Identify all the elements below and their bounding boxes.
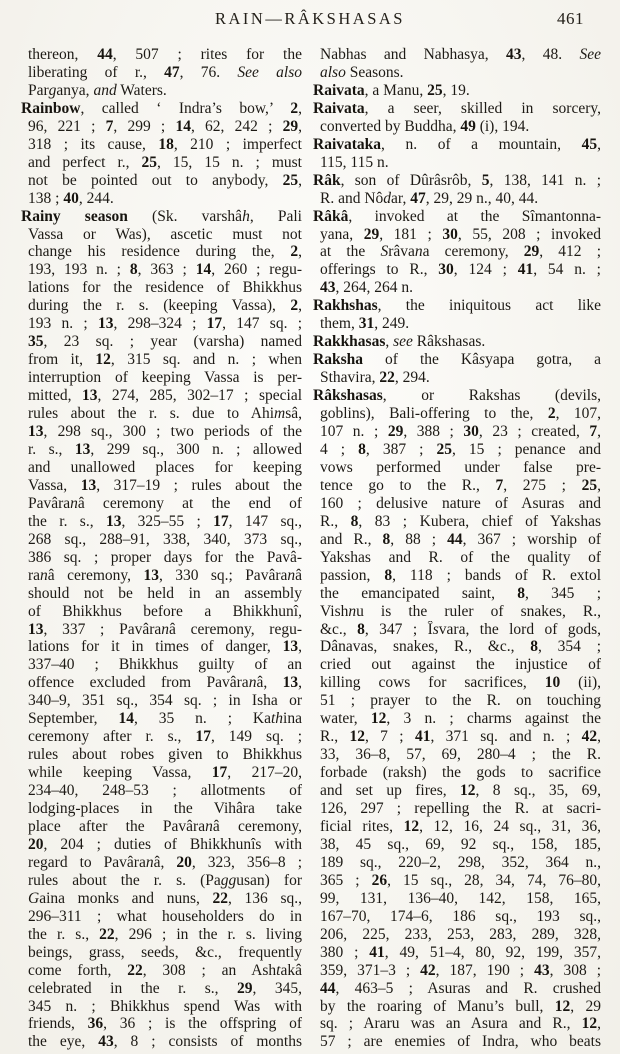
text-line: 138 ; 40, 244. <box>28 190 302 208</box>
text-line: 33, 36–8, 57, 69, 280–4 ; the R. <box>320 746 601 764</box>
text-line: 380 ; 41, 49, 51–4, 80, 92, 199, 357, <box>320 944 601 962</box>
text-line: Raivata, a Manu, 25, 19. <box>313 82 601 100</box>
text-line: the r. s., 22, 296 ; in the r. s. living <box>28 926 302 944</box>
text-line: 234–40, 248–53 ; allotments of <box>28 782 302 800</box>
text-line: Yakshas and R. of the quality of <box>320 549 601 567</box>
index-entry: Rakhshas, the iniquitous act likethem, 3… <box>313 297 601 333</box>
text-line: mitted, 13, 274, 285, 302–17 ; special <box>28 387 302 405</box>
text-line: the r. s., 13, 325–55 ; 17, 147 sq., <box>28 513 302 531</box>
text-line: and unallowed places for keeping <box>28 459 302 477</box>
text-line: 193, 193 n. ; 8, 363 ; 14, 260 ; regu- <box>28 261 302 279</box>
text-line: 193 n. ; 13, 298–324 ; 17, 147 sq. ; <box>28 315 302 333</box>
text-line: 365 ; 26, 15 sq., 28, 34, 74, 76–80, <box>320 872 601 890</box>
index-entry: Râk, son of Dûrâsrôb, 5, 138, 141 n. ;R.… <box>313 172 601 208</box>
text-line: 13, 337 ; Pavâranâ ceremony, regu- <box>28 621 302 639</box>
text-line: Raivata, a seer, skilled in sorcery, <box>313 100 601 118</box>
text-line: Raksha of the Kâsyapa gotra, a <box>313 351 601 369</box>
text-line: friends, 36, 36 ; is the offspring of <box>28 1015 302 1033</box>
text-line: 115, 115 n. <box>320 154 601 172</box>
text-line: Pavâranâ ceremony at the end of <box>28 495 302 513</box>
text-line: September, 14, 35 n. ; Kathina <box>28 710 302 728</box>
text-line: 386 sq. ; proper days for the Pavâ- <box>28 549 302 567</box>
text-line: beings, grass, seeds, &c., frequently <box>28 944 302 962</box>
book-page: RAIN—RÂKSHASAS 461 thereon, 44, 507 ; ri… <box>0 0 620 1054</box>
text-line: 99, 131, 136–40, 142, 158, 165, <box>320 890 601 908</box>
text-line: celebrated in the r. s., 29, 345, <box>28 980 302 998</box>
text-line: also Seasons. <box>320 64 601 82</box>
text-line: liberating of r., 47, 76. See also <box>28 64 302 82</box>
text-line: of Bhikkhus before a Bhikkhunî, <box>28 603 302 621</box>
text-line: 20, 204 ; duties of Bhikkhunîs with <box>28 836 302 854</box>
text-line: place after the Pavâranâ ceremony, <box>28 818 302 836</box>
text-line: lations for it in times of danger, 13, <box>28 638 302 656</box>
text-line: 38, 45 sq., 69, 92 sq., 158, 185, <box>320 836 601 854</box>
text-line: the eye, 43, 8 ; consists of months <box>28 1033 302 1051</box>
index-entry: Râkâ, invoked at the Sîmantonna-yana, 29… <box>313 208 601 298</box>
text-line: 4 ; 8, 387 ; 25, 15 ; penance and <box>320 441 601 459</box>
text-line: by the roaring of Manu’s bull, 12, 29 <box>320 998 601 1016</box>
text-line: 107 n. ; 29, 388 ; 30, 23 ; created, 7, <box>320 423 601 441</box>
text-column: thereon, 44, 507 ; rites for theliberati… <box>21 46 302 1054</box>
text-line: killing cows for sacrifices, 10 (ii), <box>320 674 601 692</box>
text-line: 126, 297 ; repelling the R. at sacri- <box>320 800 601 818</box>
index-entry: Rainbow, called ‘ Indra’s bow,’ 2,96, 22… <box>21 100 302 208</box>
text-line: from it, 12, 315 sq. and n. ; when <box>28 351 302 369</box>
text-line: thereon, 44, 507 ; rites for the <box>28 46 302 64</box>
text-line: 160 ; delusive nature of Asuras and <box>320 495 601 513</box>
index-entry: Raksha of the Kâsyapa gotra, aSthavira, … <box>313 351 601 387</box>
text-line: Parganya, and Waters. <box>28 82 302 100</box>
text-line: 359, 371–3 ; 42, 187, 190 ; 43, 308 ; <box>320 962 601 980</box>
text-line: Vassa, 13, 317–19 ; rules about the <box>28 477 302 495</box>
text-line: Vishnu is the ruler of snakes, R., <box>320 603 601 621</box>
text-line: the emancipated saint, 8, 345 ; <box>320 585 601 603</box>
index-entry: Raivata, a Manu, 25, 19. <box>313 82 601 100</box>
text-line: 57 ; are enemies of Indra, who beats <box>320 1033 601 1051</box>
text-line: Raivataka, n. of a mountain, 45, <box>313 136 601 154</box>
text-line: yana, 29, 181 ; 30, 55, 208 ; invoked <box>320 226 601 244</box>
text-line: Dânavas, snakes, R., &c., 8, 354 ; <box>320 638 601 656</box>
text-line: 43, 264, 264 n. <box>320 279 601 297</box>
text-line: during the r. s. (keeping Vassa), 2, <box>28 297 302 315</box>
text-line: Gaina monks and nuns, 22, 136 sq., <box>28 890 302 908</box>
text-line: 296–311 ; what householders do in <box>28 908 302 926</box>
text-line: should not be held in an assembly <box>28 585 302 603</box>
text-line: and set up fires, 12, 8 sq., 35, 69, <box>320 782 601 800</box>
text-line: tence go to the R., 7, 275 ; 25, <box>320 477 601 495</box>
index-entry: Nabhas and Nabhasya, 43, 48. Seealso Sea… <box>313 46 601 82</box>
text-line: Râk, son of Dûrâsrôb, 5, 138, 141 n. ; <box>313 172 601 190</box>
text-line: Vassa or Was), ascetic must not <box>28 226 302 244</box>
text-line: Rainbow, called ‘ Indra’s bow,’ 2, <box>21 100 302 118</box>
text-line: Nabhas and Nabhasya, 43, 48. See <box>320 46 601 64</box>
text-column: Nabhas and Nabhasya, 43, 48. Seealso Sea… <box>313 46 601 1054</box>
text-line: 51 ; prayer to the R. on touching <box>320 692 601 710</box>
text-line: rules about the r. s. due to Ahimsâ, <box>28 405 302 423</box>
index-entry: Râkshasas, or Rakshas (devils,goblins), … <box>313 387 601 1051</box>
text-line: change his residence during the, 2, <box>28 243 302 261</box>
text-line: 189 sq., 220–2, 298, 352, 364 n., <box>320 854 601 872</box>
text-line: offence excluded from Pavâranâ, 13, <box>28 674 302 692</box>
text-line: interruption of keeping Vassa is per- <box>28 369 302 387</box>
text-line: converted by Buddha, 49 (i), 194. <box>320 118 601 136</box>
text-line: Râkâ, invoked at the Sîmantonna- <box>313 208 601 226</box>
text-line: r. s., 13, 299 sq., 300 n. ; allowed <box>28 441 302 459</box>
text-line: 167–70, 174–6, 186 sq., 193 sq., <box>320 908 601 926</box>
index-entry: thereon, 44, 507 ; rites for theliberati… <box>21 46 302 100</box>
text-line: 206, 225, 233, 253, 283, 289, 328, <box>320 926 601 944</box>
text-line: at the Srâvana ceremony, 29, 412 ; <box>320 243 601 261</box>
text-line: Sthavira, 22, 294. <box>320 369 601 387</box>
text-line: 340–9, 351 sq., 354 sq. ; in Isha or <box>28 692 302 710</box>
text-line: lations for the residence of Bhikkhus <box>28 279 302 297</box>
text-line: 44, 463–5 ; Asuras and R. crushed <box>320 980 601 998</box>
text-line: forbade (raksh) the gods to sacrifice <box>320 764 601 782</box>
text-line: Râkshasas, or Rakshas (devils, <box>313 387 601 405</box>
text-line: 345 n. ; Bhikkhus spend Was with <box>28 998 302 1016</box>
index-entry: Rainy season (Sk. varshâh, PaliVassa or … <box>21 208 302 1052</box>
text-line: 268 sq., 288–91, 338, 340, 373 sq., <box>28 531 302 549</box>
text-line: and perfect r., 25, 15, 15 n. ; must <box>28 154 302 172</box>
text-line: 318 ; its cause, 18, 210 ; imperfect <box>28 136 302 154</box>
text-line: R., 12, 7 ; 41, 371 sq. and n. ; 42, <box>320 728 601 746</box>
index-entry: Raivata, a seer, skilled in sorcery,conv… <box>313 100 601 136</box>
text-line: not be pointed out to anybody, 25, <box>28 172 302 190</box>
text-line: ficial rites, 12, 12, 16, 24 sq., 31, 36… <box>320 818 601 836</box>
running-head-title: RAIN—RÂKSHASAS <box>0 9 620 29</box>
text-line: Rakkhasas, see Râkshasas. <box>313 333 601 351</box>
text-line: R. and Nôdar, 47, 29, 29 n., 40, 44. <box>320 190 601 208</box>
text-line: goblins), Bali-offering to the, 2, 107, <box>320 405 601 423</box>
text-line: rules about the r. s. (Paggusan) for <box>28 872 302 890</box>
text-line: ranâ ceremony, 13, 330 sq.; Pavâranâ <box>28 567 302 585</box>
text-line: passion, 8, 118 ; bands of R. extol <box>320 567 601 585</box>
text-line: Rakhshas, the iniquitous act like <box>313 297 601 315</box>
page-number: 461 <box>557 9 584 29</box>
text-line: offerings to R., 30, 124 ; 41, 54 n. ; <box>320 261 601 279</box>
text-line: cried out against the injustice of <box>320 656 601 674</box>
text-line: water, 12, 3 n. ; charms against the <box>320 710 601 728</box>
text-line: while keeping Vassa, 17, 217–20, <box>28 764 302 782</box>
text-line: sq. ; Araru was an Asura and R., 12, <box>320 1015 601 1033</box>
text-line: R., 8, 83 ; Kubera, chief of Yakshas <box>320 513 601 531</box>
text-line: regard to Pavâranâ, 20, 323, 356–8 ; <box>28 854 302 872</box>
text-line: ceremony after r. s., 17, 149 sq. ; <box>28 728 302 746</box>
text-line: come forth, 22, 308 ; an Ashtakâ <box>28 962 302 980</box>
text-line: lodging-places in the Vihâra take <box>28 800 302 818</box>
text-line: rules about robes given to Bhikkhus <box>28 746 302 764</box>
text-line: 13, 298 sq., 300 ; two periods of the <box>28 423 302 441</box>
index-entry: Raivataka, n. of a mountain, 45,115, 115… <box>313 136 601 172</box>
text-line: and R., 8, 88 ; 44, 367 ; worship of <box>320 531 601 549</box>
text-line: Rainy season (Sk. varshâh, Pali <box>21 208 302 226</box>
text-line: them, 31, 249. <box>320 315 601 333</box>
text-line: 337–40 ; Bhikkhus guilty of an <box>28 656 302 674</box>
index-entry: Rakkhasas, see Râkshasas. <box>313 333 601 351</box>
text-line: 96, 221 ; 7, 299 ; 14, 62, 242 ; 29, <box>28 118 302 136</box>
text-line: 35, 23 sq. ; year (varsha) named <box>28 333 302 351</box>
text-line: vows performed under false pre- <box>320 459 601 477</box>
text-line: &c., 8, 347 ; Îsvara, the lord of gods, <box>320 621 601 639</box>
